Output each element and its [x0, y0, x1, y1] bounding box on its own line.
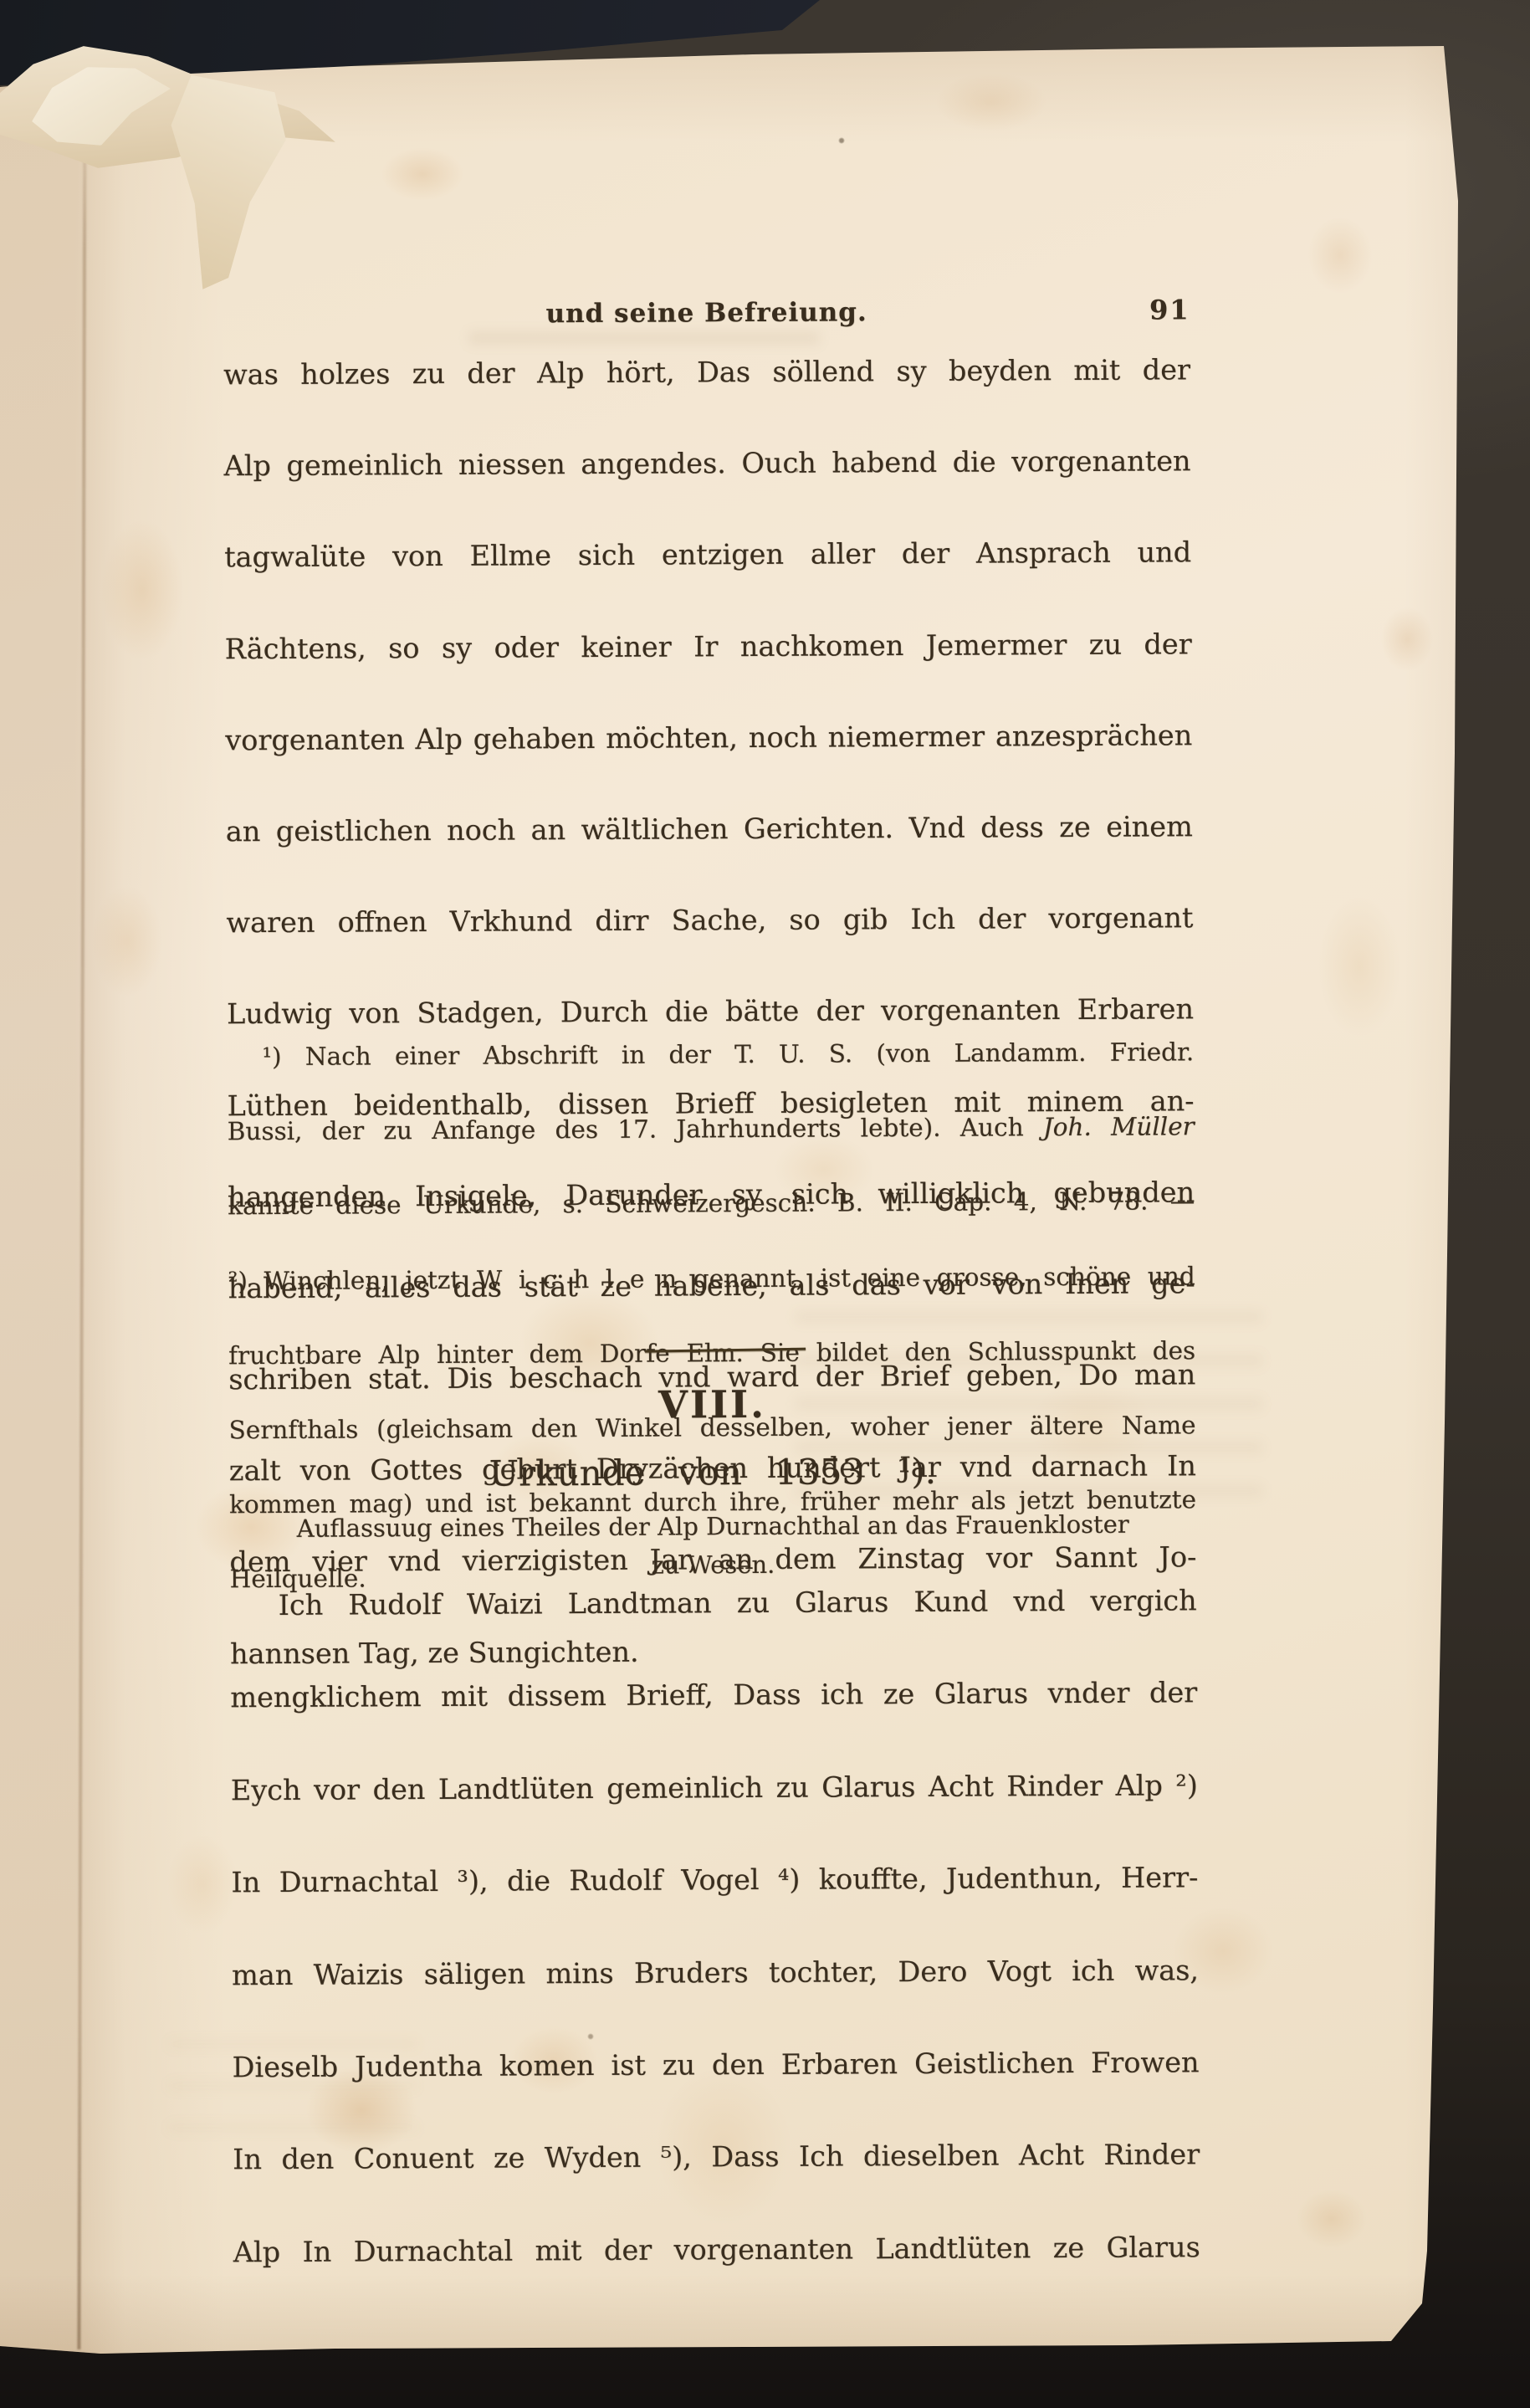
text-line: tagwalüte von Ellme sich entzigen aller … [224, 530, 1192, 627]
charter-paragraph: Ich Rudolf Waizi Landtman zu Glarus Kund… [230, 1577, 1201, 2321]
book-photo-scene: und seine Befreiung. 91 was holzes zu de… [0, 0, 1530, 2408]
text-line: Alp In Durnachtal mit der vorgenanten La… [233, 2224, 1201, 2321]
text-line: Rächtens, so sy oder keiner Ir nachkomen… [225, 622, 1193, 718]
text-line: Alp gemeinlich niessen angendes. Ouch ha… [223, 438, 1191, 535]
text-line: Ich Rudolf Waizi Landtman zu Glarus Kund… [230, 1577, 1198, 1674]
text-line: an geistlichen noch an wältlichen Gerich… [226, 804, 1194, 900]
section-subtitle-line1: Auflassuug eines Theiles der Alp Durnach… [229, 1505, 1196, 1547]
text-line: In den Conuent ze Wyden ⁵), Dass Ich die… [233, 2132, 1200, 2229]
footnote-line: kannte diese Urkunde, s. Schweizergesch.… [228, 1183, 1195, 1263]
footnote-line: ²) Winchlen, jetzt W i c h l e n genannt… [228, 1258, 1195, 1337]
text-line: In Durnachtal ³), die Rudolf Vogel ⁴) ko… [231, 1854, 1199, 1951]
section-title: Urkunde von 1353 ¹). [229, 1449, 1196, 1495]
text-line: was holzes zu der Alp hört, Das söllend … [223, 347, 1191, 443]
text-line: waren offnen Vrkhund dirr Sache, so gib … [226, 895, 1194, 991]
text-line: Eych vor den Landtlüten gemeinlich zu Gl… [231, 1762, 1199, 1859]
page-header: und seine Befreiung. 91 [223, 295, 1190, 342]
book-page: und seine Befreiung. 91 was holzes zu de… [0, 0, 1530, 2408]
page-number: 91 [1149, 294, 1190, 325]
page-content: und seine Befreiung. 91 was holzes zu de… [0, 0, 1530, 2408]
text-line: vorgenanten Alp gehaben möchten, noch ni… [225, 713, 1193, 809]
footnote-italic-author: Joh. Müller [1043, 1112, 1195, 1141]
running-title: und seine Befreiung. [223, 295, 1190, 330]
text-line: Dieselb Judentha komen ist zu den Erbare… [232, 2039, 1200, 2136]
footnote-line: Bussi, der zu Anfange des 17. Jahrhunder… [228, 1108, 1195, 1187]
text-line: mengklichem mit dissem Brieff, Dass ich … [230, 1670, 1198, 1767]
footnote-text: Bussi, der zu Anfange des 17. Jahrhunder… [228, 1113, 1043, 1145]
section-number: VIII. [228, 1380, 1195, 1429]
text-line: man Waizis säligen mins Bruders tochter,… [232, 1947, 1200, 2044]
footnote-line: ¹) Nach einer Abschrift in der T. U. S. … [227, 1033, 1194, 1113]
